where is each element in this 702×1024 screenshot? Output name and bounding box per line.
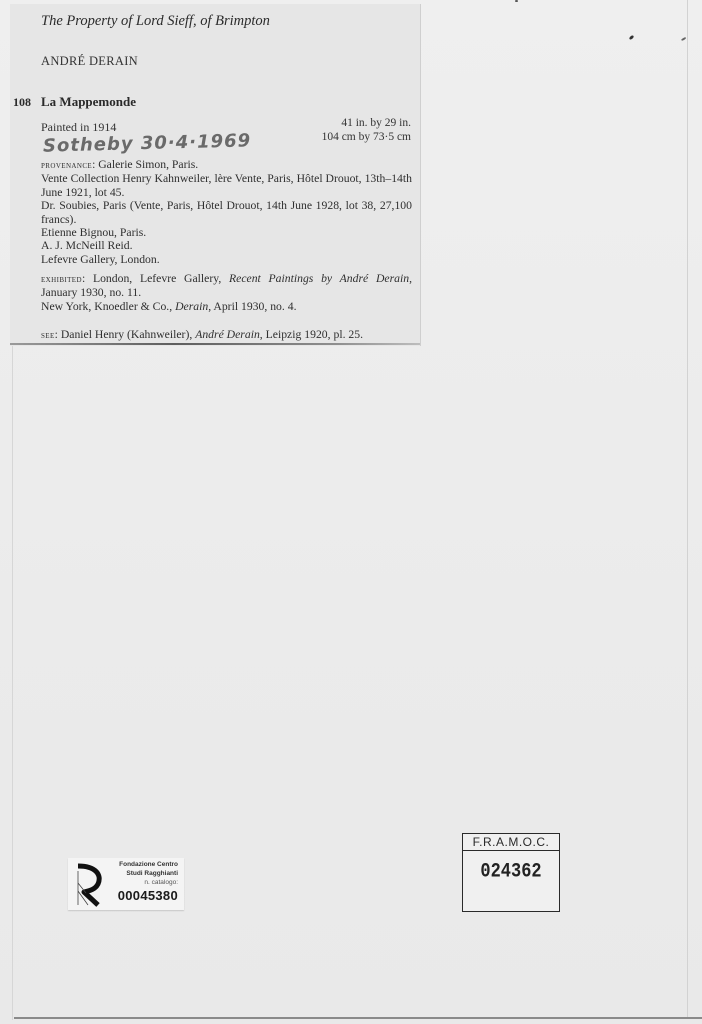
framoc-number: 024362 [463,861,559,884]
provenance-line: Lefevre Gallery, London. [41,253,160,266]
provenance-line: Vente Collection Henry Kahnweiler, lère … [41,172,412,199]
provenance-section: provenance: Galerie Simon, Paris. Vente … [41,158,412,266]
ink-speck [515,0,518,2]
fondazione-stamp: Fondazione Centro Studi Ragghianti n. ca… [68,858,184,910]
framoc-header: F.R.A.M.O.C. [463,834,559,851]
provenance-line: Dr. Soubies, Paris (Vente, Paris, Hôtel … [41,199,412,226]
r-logo-icon [74,863,106,907]
provenance-line: A. J. McNeill Reid. [41,239,133,252]
catalogue-label: n. catalogo: [144,879,178,886]
exhibited-title: Recent Paintings by André Derain [229,272,409,285]
exhibited-text: New York, Knoedler & Co., [41,300,175,313]
provenance-line: Galerie Simon, Paris. [98,158,198,171]
provenance-line: Etienne Bignou, Paris. [41,226,146,239]
owner-line: The Property of Lord Sieff, of Brimpton [41,13,270,30]
exhibited-label: exhibited [41,274,82,285]
sheet-edge-bottom [14,1017,702,1019]
dimensions-inches: 41 in. by 29 in. [322,116,411,130]
exhibited-line-1: exhibited: London, Lefevre Gallery, Rece… [41,272,412,300]
sheet-edge-right [687,0,688,1018]
fondazione-name: Fondazione Centro [119,861,178,868]
dimensions-cm: 104 cm by 73·5 cm [322,130,411,144]
dimensions: 41 in. by 29 in. 104 cm by 73·5 cm [322,116,411,144]
see-label: see [41,330,55,341]
framoc-stamp: F.R.A.M.O.C. 024362 [462,833,560,912]
see-title: André Derain [195,328,260,341]
artist-name: ANDRÉ DERAIN [41,54,138,69]
see-text: , Leipzig 1920, pl. 25. [260,328,363,341]
see-text: Daniel Henry (Kahnweiler), [61,328,195,341]
exhibited-line-2: New York, Knoedler & Co., Derain, April … [41,300,297,313]
lot-title: La Mappemonde [41,94,136,110]
see-section: see: Daniel Henry (Kahnweiler), André De… [41,328,412,342]
exhibited-section: exhibited: London, Lefevre Gallery, Rece… [41,272,412,313]
fondazione-subname: Studi Ragghianti [126,870,178,877]
painted-date: Painted in 1914 [41,120,116,135]
provenance-label: provenance [41,160,92,171]
label-colon: : [82,272,93,285]
exhibited-title: Derain [175,300,208,313]
exhibited-text: , April 1930, no. 4. [208,300,296,313]
lot-number: 108 [13,95,31,110]
sheet-edge-left [12,340,13,1020]
exhibited-text: London, Lefevre Gallery, [93,272,229,285]
catalogue-number: 00045380 [118,888,178,903]
clipping-shadow [10,343,420,345]
